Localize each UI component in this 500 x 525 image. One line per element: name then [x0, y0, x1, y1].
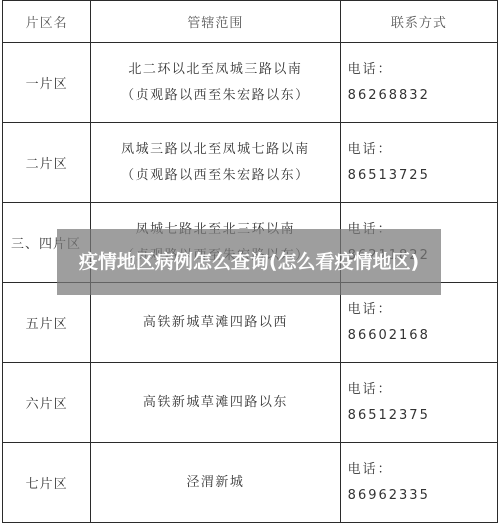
range-line: 北二环以北至凤城三路以南 [91, 57, 340, 83]
zone-name: 一片区 [3, 43, 91, 123]
table-row: 二片区 凤城三路以北至凤城七路以南 （贞观路以西至朱宏路以东） 电话： 8651… [3, 123, 498, 203]
range-line: 高铁新城草滩四路以东 [91, 390, 340, 416]
phone-label: 电话： [348, 377, 497, 403]
range-line: 凤城三路以北至凤城七路以南 [91, 137, 340, 163]
range-line: 高铁新城草滩四路以西 [91, 310, 340, 336]
phone-number: 86513725 [348, 163, 497, 189]
phone-number: 86268832 [348, 83, 497, 109]
header-contact: 联系方式 [340, 1, 497, 43]
phone-number: 86962335 [348, 483, 497, 509]
phone-label: 电话： [348, 297, 497, 323]
zone-name: 二片区 [3, 123, 91, 203]
phone-label: 电话： [348, 137, 497, 163]
table-row: 七片区 泾渭新城 电话： 86962335 [3, 443, 498, 523]
article-title: 疫情地区病例怎么查询(怎么看疫情地区) [71, 250, 427, 274]
phone-number: 86602168 [348, 323, 497, 349]
zone-range: 泾渭新城 [91, 443, 341, 523]
zone-contact: 电话： 86512375 [340, 363, 497, 443]
range-line: 泾渭新城 [91, 470, 340, 496]
zone-range: 北二环以北至凤城三路以南 （贞观路以西至朱宏路以东） [91, 43, 341, 123]
table-header-row: 片区名 管辖范围 联系方式 [3, 1, 498, 43]
title-overlay-banner: 疫情地区病例怎么查询(怎么看疫情地区) [57, 229, 441, 295]
table-row: 六片区 高铁新城草滩四路以东 电话： 86512375 [3, 363, 498, 443]
table-row: 一片区 北二环以北至凤城三路以南 （贞观路以西至朱宏路以东） 电话： 86268… [3, 43, 498, 123]
zone-range: 凤城三路以北至凤城七路以南 （贞观路以西至朱宏路以东） [91, 123, 341, 203]
zone-contact: 电话： 86962335 [340, 443, 497, 523]
zone-contact: 电话： 86513725 [340, 123, 497, 203]
range-line: （贞观路以西至朱宏路以东） [91, 83, 340, 109]
zone-range: 高铁新城草滩四路以东 [91, 363, 341, 443]
zone-name: 七片区 [3, 443, 91, 523]
phone-label: 电话： [348, 57, 497, 83]
phone-number: 86512375 [348, 403, 497, 429]
header-zone-name: 片区名 [3, 1, 91, 43]
header-jurisdiction-range: 管辖范围 [91, 1, 341, 43]
range-line: （贞观路以西至朱宏路以东） [91, 163, 340, 189]
zone-name: 六片区 [3, 363, 91, 443]
phone-label: 电话： [348, 457, 497, 483]
zone-contact: 电话： 86268832 [340, 43, 497, 123]
